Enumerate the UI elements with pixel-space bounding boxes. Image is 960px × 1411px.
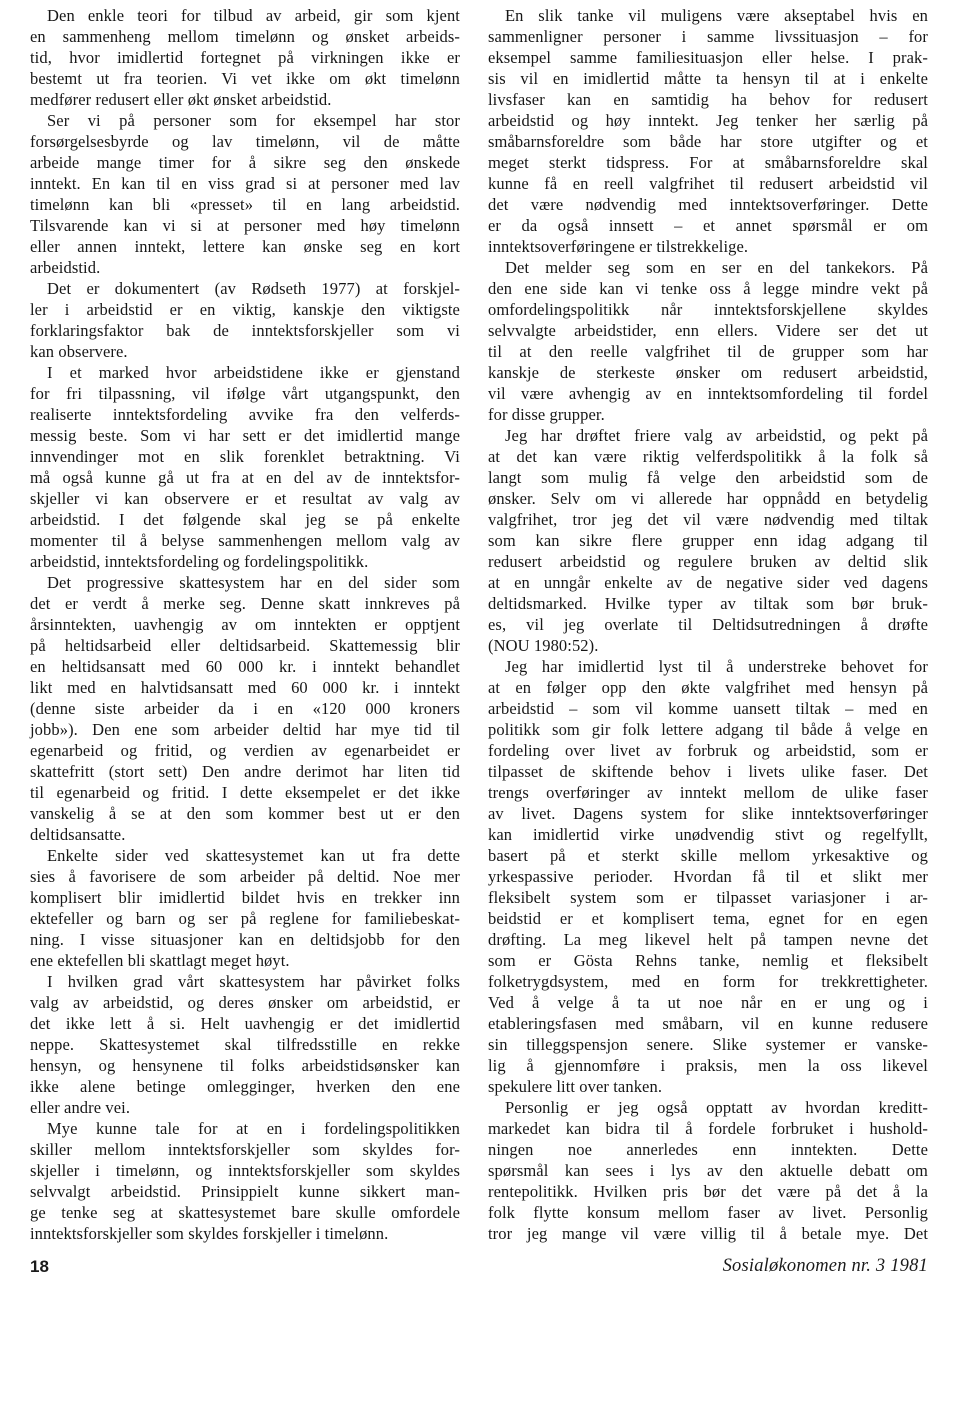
text-line: eller annen inntekt, lettere kan ønske s… bbox=[30, 236, 460, 257]
text-line: arbeidstid, inntektsfordeling og fordeli… bbox=[30, 551, 460, 572]
text-line: sis vil en imidlertid måtte ta hensyn ti… bbox=[488, 68, 928, 89]
paragraph: Det progressive skattesystem har en del … bbox=[30, 572, 460, 845]
text-line: es, vil jeg overlate til Deltidsutrednin… bbox=[488, 614, 928, 635]
text-line: valg av arbeidstid, og deres ønsker om a… bbox=[30, 992, 460, 1013]
text-line: skjeller vi kan observere er et resultat… bbox=[30, 488, 460, 509]
text-line: vanskelig å se at den som kommer best ut… bbox=[30, 803, 460, 824]
text-line: En slik tanke vil muligens være akseptab… bbox=[488, 5, 928, 26]
text-line: redusert arbeidstid og regulere bruken a… bbox=[488, 551, 928, 572]
page-number: 18 bbox=[30, 1257, 49, 1277]
text-line: forklaringsfaktor bak de inntektsforskje… bbox=[30, 320, 460, 341]
text-line: rentepolitikk. Hvilken pris bør det være… bbox=[488, 1181, 928, 1202]
text-line: som kan sikre flere grupper enn idag adg… bbox=[488, 530, 928, 551]
text-line: fleksibelt system som er tilpasset varia… bbox=[488, 887, 928, 908]
paragraph: Mye kunne tale for at en i fordelingspol… bbox=[30, 1118, 460, 1244]
text-line: en sammenheng mellom timelønn og ønsket … bbox=[30, 26, 460, 47]
text-line: Enkelte sider ved skattesystemet kan ut … bbox=[30, 845, 460, 866]
text-line: spørsmål kan sees i lys av den aktuelle … bbox=[488, 1160, 928, 1181]
text-line: Det melder seg som en ser en del tankeko… bbox=[488, 257, 928, 278]
text-line: Det progressive skattesystem har en del … bbox=[30, 572, 460, 593]
paragraph: Jeg har imidlertid lyst til å understrek… bbox=[488, 656, 928, 1097]
text-line: Personlig er jeg også opptatt av hvordan… bbox=[488, 1097, 928, 1118]
paragraph: En slik tanke vil muligens være akseptab… bbox=[488, 5, 928, 257]
text-line: beidstid er et komplisert tema, egnet fo… bbox=[488, 908, 928, 929]
text-line: neppe. Skattesystemet skal tilfredsstill… bbox=[30, 1034, 460, 1055]
text-line: kunne få en reell valgfrihet til reduser… bbox=[488, 173, 928, 194]
text-line: skiller mellom inntektsforskjeller som s… bbox=[30, 1139, 460, 1160]
text-line: messig beste. Som vi har sett er det imi… bbox=[30, 425, 460, 446]
text-line: for fri tilpassning, vil ifølge vårt utg… bbox=[30, 383, 460, 404]
text-line: til egenarbeid og fritid. I dette eksemp… bbox=[30, 782, 460, 803]
text-line: kan imidlertid virke unødvendig stivt og… bbox=[488, 824, 928, 845]
text-line: jobb»). Den ene som arbeider deltid har … bbox=[30, 719, 460, 740]
text-line: ene ektefellen bli skattlagt meget høyt. bbox=[30, 950, 460, 971]
text-line: at en unngår enkelte av de negative side… bbox=[488, 572, 928, 593]
text-line: det ikke lett å si. Helt uavhengig er de… bbox=[30, 1013, 460, 1034]
text-line: det være nødvendig med inntektsoverførin… bbox=[488, 194, 928, 215]
paragraph: Den enkle teori for tilbud av arbeid, gi… bbox=[30, 5, 460, 110]
text-line: ektefeller og barn og ser på reglene for… bbox=[30, 908, 460, 929]
text-line: (denne siste arbeider da i en «120 000 k… bbox=[30, 698, 460, 719]
text-line: basert på et sterkt skille mellom yrkesa… bbox=[488, 845, 928, 866]
text-line: eller andre vei. bbox=[30, 1097, 460, 1118]
text-line: arbeidstid. bbox=[30, 257, 460, 278]
text-line: det er verdt å merke seg. Denne skatt in… bbox=[30, 593, 460, 614]
text-line: sin tilleggspensjon senere. Slike system… bbox=[488, 1034, 928, 1055]
left-column: Den enkle teori for tilbud av arbeid, gi… bbox=[30, 5, 460, 1244]
text-line: inntektsoverføringene er tilstrekkelige. bbox=[488, 236, 928, 257]
text-line: ikke alene betinge omlegginger, hverken … bbox=[30, 1076, 460, 1097]
paragraph: Det er dokumentert (av Rødseth 1977) at … bbox=[30, 278, 460, 362]
text-line: folk flytte konsum mellom faser av livet… bbox=[488, 1202, 928, 1223]
text-line: medfører redusert eller økt ønsket arbei… bbox=[30, 89, 460, 110]
text-line: tror jeg mange vil være villig til å bet… bbox=[488, 1223, 928, 1244]
text-line: komplisert blir imidlertid bildet hvis e… bbox=[30, 887, 460, 908]
paragraph: Jeg har drøftet friere valg av arbeidsti… bbox=[488, 425, 928, 656]
text-line: selvvalgt arbeidstid. Prinsippielt kunne… bbox=[30, 1181, 460, 1202]
journal-footer: Sosialøkonomen nr. 3 1981 bbox=[723, 1256, 928, 1277]
paragraph: Det melder seg som en ser en del tankeko… bbox=[488, 257, 928, 425]
text-line: hensyn, og hensynene til folks arbeidsti… bbox=[30, 1055, 460, 1076]
text-line: den ene side kan vi tenke oss å legge mi… bbox=[488, 278, 928, 299]
text-line: som er Gösta Rehns tanke, nemlig et flek… bbox=[488, 950, 928, 971]
text-line: markedet kan bidra til å fordele forbruk… bbox=[488, 1118, 928, 1139]
paragraph: Personlig er jeg også opptatt av hvordan… bbox=[488, 1097, 928, 1244]
text-line: inntektsforskjeller som skyldes forskjel… bbox=[30, 1223, 460, 1244]
text-line: må også kunne gå ut fra at en del av de … bbox=[30, 467, 460, 488]
text-line: arbeidstid og høy inntekt. Jeg tenker he… bbox=[488, 110, 928, 131]
paragraph: Ser vi på personer som for eksempel har … bbox=[30, 110, 460, 278]
text-line: sies å favorisere de som arbeider på del… bbox=[30, 866, 460, 887]
text-line: etableringsfasen med småbarn, vil en kun… bbox=[488, 1013, 928, 1034]
text-line: Tilsvarende kan vi si at personer med hø… bbox=[30, 215, 460, 236]
text-line: for disse grupper. bbox=[488, 404, 928, 425]
text-line: Det er dokumentert (av Rødseth 1977) at … bbox=[30, 278, 460, 299]
text-line: Ved å velge å ta ut noe når en er ung og… bbox=[488, 992, 928, 1013]
text-line: skjeller i timelønn, og inntektsforskjel… bbox=[30, 1160, 460, 1181]
text-line: er da også innsett – et annet spørsmål e… bbox=[488, 215, 928, 236]
text-line: småbarnsforeldre som både har store utgi… bbox=[488, 131, 928, 152]
text-line: timelønn kan bli «presset» til en lang a… bbox=[30, 194, 460, 215]
text-line: folketrygdsystem, med en form for trekkr… bbox=[488, 971, 928, 992]
text-line: Ser vi på personer som for eksempel har … bbox=[30, 110, 460, 131]
text-line: innvendinger mot en slik forenklet betra… bbox=[30, 446, 460, 467]
text-line: deltidsansatte. bbox=[30, 824, 460, 845]
text-line: omfordelingspolitikk når inntektsforskje… bbox=[488, 299, 928, 320]
text-line: av livet. Dagens system for slike inntek… bbox=[488, 803, 928, 824]
text-line: tid, hvor imidlertid fortegnet på virkni… bbox=[30, 47, 460, 68]
text-line: Jeg har imidlertid lyst til å understrek… bbox=[488, 656, 928, 677]
text-line: (NOU 1980:52). bbox=[488, 635, 928, 656]
text-line: deltidsmarked. Hvilke typer av tiltak so… bbox=[488, 593, 928, 614]
text-line: I hvilken grad vårt skattesystem har påv… bbox=[30, 971, 460, 992]
text-line: egenarbeid og fritid, og verdien av egen… bbox=[30, 740, 460, 761]
text-line: livsfaser kan en samtidig ha behov for r… bbox=[488, 89, 928, 110]
text-line: bestemt ut fra teorien. Vi vet ikke om ø… bbox=[30, 68, 460, 89]
text-line: trengs overføringer av inntekt mellom de… bbox=[488, 782, 928, 803]
text-line: drøfting. La meg likevel helt på tampen … bbox=[488, 929, 928, 950]
text-line: lig å gjennomføre i praksis, men la oss … bbox=[488, 1055, 928, 1076]
text-line: på heltidsarbeid eller deltidsarbeid. Sk… bbox=[30, 635, 460, 656]
two-column-text: Den enkle teori for tilbud av arbeid, gi… bbox=[30, 5, 928, 1244]
paragraph: I hvilken grad vårt skattesystem har påv… bbox=[30, 971, 460, 1118]
text-line: kan observere. bbox=[30, 341, 460, 362]
text-line: realiserte inntektsfordeling avvike fra … bbox=[30, 404, 460, 425]
text-line: yrkespassive perioder. Hvordan få til et… bbox=[488, 866, 928, 887]
text-line: årsinntekten, uavhengig av om inntekten … bbox=[30, 614, 460, 635]
text-line: eksempel samme familiesituasjon eller he… bbox=[488, 47, 928, 68]
text-line: Mye kunne tale for at en i fordelingspol… bbox=[30, 1118, 460, 1139]
text-line: politikk som gir folk lettere adgang til… bbox=[488, 719, 928, 740]
text-line: vil være avhengig av en inntektsomfordel… bbox=[488, 383, 928, 404]
text-line: valgfrihet, tror jeg det vil være nødven… bbox=[488, 509, 928, 530]
document-page: Den enkle teori for tilbud av arbeid, gi… bbox=[0, 0, 960, 1411]
text-line: langt som mulig få velge den arbeidstid … bbox=[488, 467, 928, 488]
text-line: momenter til å belyse sammenhengen mello… bbox=[30, 530, 460, 551]
text-line: meget sterkt tidspress. For at småbarnsf… bbox=[488, 152, 928, 173]
text-line: en heltidsansatt med 60 000 kr. i inntek… bbox=[30, 656, 460, 677]
text-line: sammenligner personer i samme livssituas… bbox=[488, 26, 928, 47]
text-line: ler i arbeidstid er en viktig, kanskje d… bbox=[30, 299, 460, 320]
text-line: til at den reelle valgfrihet til de grup… bbox=[488, 341, 928, 362]
right-column: En slik tanke vil muligens være akseptab… bbox=[488, 5, 928, 1244]
paragraph: I et marked hvor arbeidstidene ikke er g… bbox=[30, 362, 460, 572]
paragraph: Enkelte sider ved skattesystemet kan ut … bbox=[30, 845, 460, 971]
text-line: arbeidstid. I det følgende skal jeg se p… bbox=[30, 509, 460, 530]
text-line: selvvalgte arbeidstider, enn ellers. Vid… bbox=[488, 320, 928, 341]
text-line: skattefritt (stort sett) Den andre derim… bbox=[30, 761, 460, 782]
text-line: arbeide mange timer for å sikre seg den … bbox=[30, 152, 460, 173]
text-line: ønsker. Selv om vi allerede har oppnådd … bbox=[488, 488, 928, 509]
text-line: tilpasset de skiftende behov i livets ul… bbox=[488, 761, 928, 782]
text-line: kanskje de sterkeste ønsker om redusert … bbox=[488, 362, 928, 383]
text-line: Jeg har drøftet friere valg av arbeidsti… bbox=[488, 425, 928, 446]
text-line: Den enkle teori for tilbud av arbeid, gi… bbox=[30, 5, 460, 26]
text-line: ningen noe annerledes enn inntekten. Det… bbox=[488, 1139, 928, 1160]
text-line: ning. I visse situasjoner kan en deltids… bbox=[30, 929, 460, 950]
text-line: arbeidstid – som vil komme uansett tilta… bbox=[488, 698, 928, 719]
text-line: at det kan være riktig velferdspolitikk … bbox=[488, 446, 928, 467]
text-line: forsørgelsesbyrde og lav timelønn, vil d… bbox=[30, 131, 460, 152]
text-line: likt med en halvtidsansatt med 60 000 kr… bbox=[30, 677, 460, 698]
text-line: fordeling over livet av forbruk og arbei… bbox=[488, 740, 928, 761]
text-line: I et marked hvor arbeidstidene ikke er g… bbox=[30, 362, 460, 383]
text-line: inntekt. En kan til en viss grad si at p… bbox=[30, 173, 460, 194]
text-line: ge tenke seg at skattesystemet bare skul… bbox=[30, 1202, 460, 1223]
text-line: spekulere litt over tanken. bbox=[488, 1076, 928, 1097]
text-line: at en følger opp den økte valgfrihet med… bbox=[488, 677, 928, 698]
